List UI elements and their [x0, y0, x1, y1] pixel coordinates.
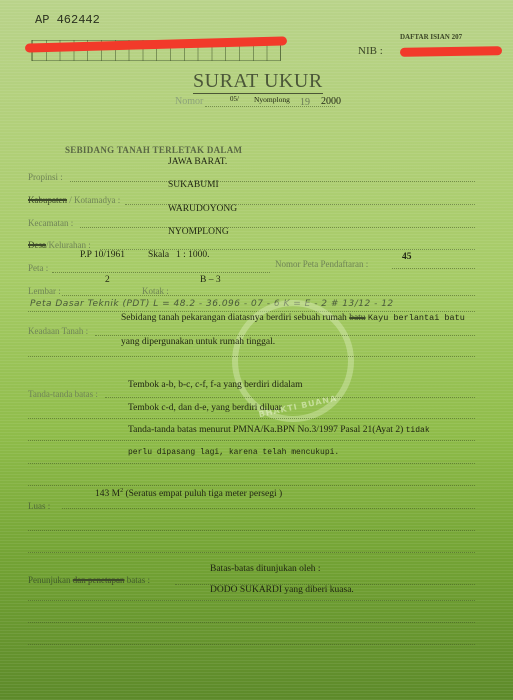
kecamatan-value: WARUDOYONG: [168, 204, 237, 214]
nib-label: NIB :: [358, 45, 383, 57]
penunjukan-label: Penunjukan dan penetapan batas :: [28, 575, 150, 585]
keadaan-line2: yang dipergunakan untuk rumah tinggal.: [121, 337, 275, 347]
lembar-value: 2: [105, 275, 110, 285]
form-code: DAFTAR ISIAN 207: [400, 33, 462, 41]
tanda-line3-typed: tidak: [406, 426, 430, 435]
luas-words: (Seratus empat puluh tiga meter persegi …: [125, 489, 282, 499]
keadaan-line1-typed: Kayu berlantai batu: [368, 313, 465, 323]
tanda-line2: Tembok c-d, dan d-e, yang berdiri diluar: [128, 403, 282, 413]
handwritten-map-note: Peta Dasar Teknik (PDT) L = 48.2 - 36.09…: [30, 299, 394, 309]
penunjukan-label-suffix: batas :: [127, 575, 150, 585]
luas-number: 143 M: [95, 489, 120, 499]
kelurahan-label: Desa/Kelurahan :: [28, 240, 91, 250]
penunjukan-line2: DODO SUKARDI yang diberi kuasa.: [210, 585, 354, 595]
tanda-label: Tanda-tanda batas :: [28, 389, 98, 399]
tanda-line3: Tanda-tanda batas menurut PMNA/Ka.BPN No…: [128, 425, 430, 435]
keadaan-line1: Sebidang tanah pekarangan diatasnya berd…: [121, 313, 465, 323]
nomor-value: 05/: [230, 95, 239, 103]
kotak-value: B – 3: [200, 275, 221, 285]
nomor-place: Nyomplong: [254, 95, 290, 104]
redaction-mark-nib: [400, 46, 502, 57]
location-heading: SEBIDANG TANAH TERLETAK DALAM: [65, 145, 242, 155]
keadaan-line1-printed: Sebidang tanah pekarangan diatasnya berd…: [121, 313, 347, 323]
tanda-line1: Tembok a-b, b-c, c-f, f-a yang berdiri d…: [128, 380, 302, 390]
nomor-peta-value: 45: [402, 252, 412, 262]
luas-value: 143 M2 (Seratus empat puluh tiga meter p…: [95, 488, 282, 499]
serial-number: AP 462442: [35, 13, 100, 27]
nomor-peta-label: Nomor Peta Pendaftaran :: [275, 259, 368, 269]
lembar-label: Lembar :: [28, 286, 61, 296]
nomor-year: 2000: [321, 96, 341, 107]
penetapan-struck: dan penetapan: [73, 575, 125, 585]
tanda-line4: perlu dipasang lagi, karena telah mencuk…: [128, 448, 339, 457]
tanda-line3-printed: Tanda-tanda batas menurut PMNA/Ka.BPN No…: [128, 425, 403, 435]
peta-value: P.P 10/1961: [80, 250, 125, 260]
propinsi-label: Propinsi :: [28, 172, 63, 182]
skala-value: 1 : 1000.: [176, 250, 210, 260]
penunjukan-line1: Batas-batas ditunjukan oleh :: [210, 564, 321, 574]
desa-struck: Desa: [28, 240, 46, 250]
luas-label: Luas :: [28, 501, 50, 511]
penunjukan-label-prefix: Penunjukan: [28, 575, 71, 585]
nomor-label: Nomor: [175, 96, 203, 107]
kelurahan-value: NYOMPLONG: [168, 227, 229, 237]
kotamadya-value: SUKABUMI: [168, 180, 219, 190]
nomor-year-prefix: 19: [300, 97, 310, 108]
kelurahan-label-text: /Kelurahan :: [46, 240, 91, 250]
kotamadya-label-text: / Kotamadya :: [69, 195, 120, 205]
keadaan-struck-word: batu: [349, 313, 365, 323]
luas-unit-sup: 2: [120, 488, 123, 494]
kabupaten-struck: Kabupaten: [28, 195, 67, 205]
document-title: SURAT UKUR: [193, 70, 323, 94]
kotamadya-label: Kabupaten / Kotamadya :: [28, 195, 120, 205]
peta-label: Peta :: [28, 263, 48, 273]
keadaan-label: Keadaan Tanah :: [28, 326, 88, 336]
kecamatan-label: Kecamatan :: [28, 218, 73, 228]
skala-label: Skala: [148, 250, 169, 260]
propinsi-value: JAWA BARAT.: [168, 157, 227, 167]
